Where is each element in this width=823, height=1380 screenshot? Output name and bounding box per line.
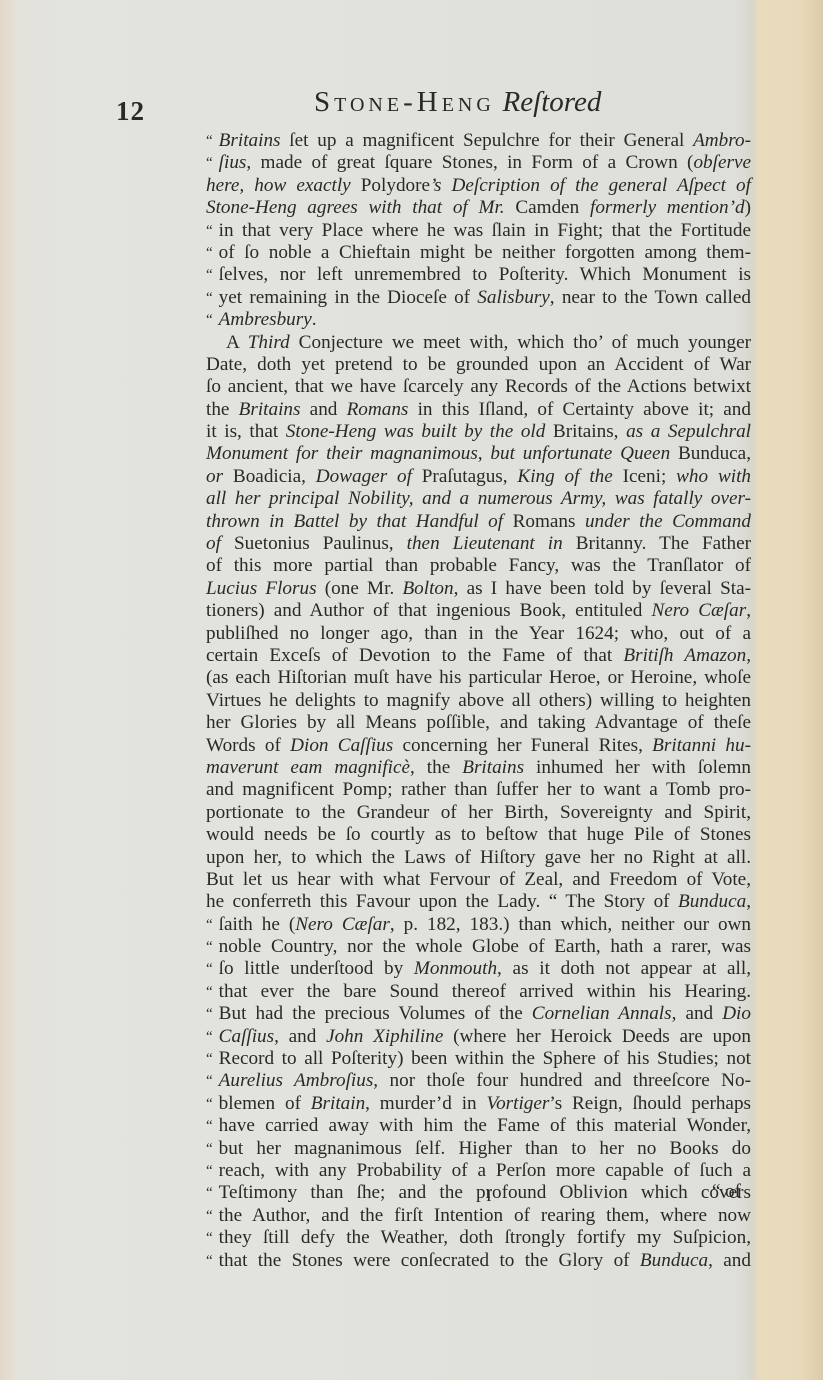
text-line: “Britains ſet up a magnificent Sepulchre…	[206, 130, 751, 152]
roman-text: Britanny. The Father	[576, 533, 751, 554]
italic-text: Cornelian Annals	[532, 1003, 672, 1024]
roman-text: Conjecture we meet with, which tho’ of m…	[290, 332, 751, 353]
italic-text: thrown in Battel by that Handful of	[206, 511, 513, 532]
text-line: “yet remaining in the Dioceſe of Salisbu…	[206, 287, 751, 309]
roman-text: he conferreth this Favour upon the Lady.…	[206, 891, 678, 912]
quote-mark: “	[206, 133, 213, 149]
roman-text: concerning her Funeral Rites,	[393, 735, 652, 756]
text-line: “noble Country, nor the whole Globe of E…	[206, 936, 751, 958]
text-line: “reach, with any Probability of a Perſon…	[206, 1160, 751, 1182]
roman-text: Polydore	[361, 175, 430, 196]
text-line: upon her, to which the Laws of Hiſtory g…	[206, 847, 751, 869]
italic-text: Stone-Heng agrees with that of Mr.	[206, 197, 515, 218]
text-line: the Britains and Romans in this Iſland, …	[206, 399, 751, 421]
roman-text: noble Country, nor the whole Globe of Ea…	[219, 936, 751, 957]
roman-text: Britains,	[553, 421, 626, 442]
roman-text: Date, doth yet pretend to be grounded up…	[206, 354, 751, 375]
roman-text: it is, that	[206, 421, 286, 442]
quote-mark: “	[206, 1230, 213, 1246]
roman-text: inhumed her with ſolemn	[524, 757, 751, 778]
roman-text: , as I have been told by ſeveral Sta-	[454, 578, 751, 599]
text-line: Stone-Heng agrees with that of Mr. Camde…	[206, 197, 751, 219]
roman-text: the	[206, 399, 239, 420]
text-line: her Glories by all Means poſſible, and t…	[206, 712, 751, 734]
roman-text: reach, with any Probability of a Perſon …	[219, 1160, 751, 1181]
text-line: “Record to all Poſterity) been within th…	[206, 1048, 751, 1070]
quote-mark: “	[206, 1185, 213, 1201]
text-line: certain Exceſs of Devotion to the Fame o…	[206, 645, 751, 667]
quote-mark: “	[206, 1006, 213, 1022]
roman-text: (where her Heroick Deeds are upon	[443, 1026, 751, 1047]
roman-text: , the	[410, 757, 462, 778]
italic-text: obſerve	[693, 152, 751, 173]
italic-text: Nero Cæſar	[295, 914, 390, 935]
text-line: A Third Conjecture we meet with, which t…	[206, 332, 751, 354]
quote-mark: “	[206, 1096, 213, 1112]
roman-text: upon her, to which the Laws of Hiſtory g…	[206, 847, 751, 868]
roman-text: ſo ancient, that we have ſcarcely any Re…	[206, 376, 751, 397]
roman-text: , near to the Town called	[550, 287, 751, 308]
roman-text: of this more partial than probable Fancy…	[206, 555, 751, 576]
text-line: “the Author, and the firſt Intention of …	[206, 1205, 751, 1227]
italic-text: Britiſh Amazon	[623, 645, 746, 666]
text-line: portionate to the Grandeur of her Birth,…	[206, 802, 751, 824]
roman-text: the Author, and the firſt Intention of r…	[219, 1205, 751, 1226]
roman-text: Suetonius Paulinus,	[234, 533, 407, 554]
roman-text: )	[745, 197, 751, 218]
italic-text: Bolton	[402, 578, 453, 599]
body-text: “Britains ſet up a magnificent Sepulchre…	[206, 130, 751, 1272]
quote-mark: “	[206, 917, 213, 933]
italic-text: Bunduca	[678, 891, 746, 912]
italic-text: or	[206, 466, 233, 487]
italic-text: Caſſius	[219, 1026, 274, 1047]
quote-mark: “	[206, 961, 213, 977]
italic-text: Britains	[462, 757, 524, 778]
roman-text: , nor thoſe four hundred and threeſcore …	[373, 1070, 751, 1091]
text-line: of this more partial than probable Fancy…	[206, 555, 751, 577]
roman-text: ,	[746, 600, 751, 621]
italic-text: all her principal Nobility, and a numero…	[206, 488, 751, 509]
roman-text: Record to all Poſterity) been within the…	[219, 1048, 751, 1069]
text-line: “of ſo noble a Chieftain might be neithe…	[206, 242, 751, 264]
text-line: “ſelves, nor left unremembred to Poſteri…	[206, 264, 751, 286]
text-line: “Teſtimony than ſhe; and the profound Ob…	[206, 1182, 751, 1204]
text-line: “Caſſius, and John Xiphiline (where her …	[206, 1026, 751, 1048]
running-head: Stone-Heng Reſtored	[314, 86, 601, 119]
text-line: he conferreth this Favour upon the Lady.…	[206, 891, 751, 913]
text-line: “that ever the bare Sound thereof arrive…	[206, 981, 751, 1003]
text-line: “they ſtill defy the Weather, doth ſtron…	[206, 1227, 751, 1249]
text-line: “ſius, made of great ſquare Stones, in F…	[206, 152, 751, 174]
text-line: (as each Hiſtorian muſt have his particu…	[206, 667, 751, 689]
roman-text: (as each Hiſtorian muſt have his particu…	[206, 667, 751, 688]
text-line: would needs be ſo courtly as to beſtow t…	[206, 824, 751, 846]
text-line: all her principal Nobility, and a numero…	[206, 488, 751, 510]
text-line: Date, doth yet pretend to be grounded up…	[206, 354, 751, 376]
text-line: or Boadicia, Dowager of Praſutagus, King…	[206, 466, 751, 488]
roman-text: they ſtill defy the Weather, doth ſtrong…	[219, 1227, 751, 1248]
text-line: But let us hear with what Fervour of Zea…	[206, 869, 751, 891]
roman-text: Virtues he delights to magnify above all…	[206, 690, 751, 711]
text-line: “that the Stones were conſecrated to the…	[206, 1250, 751, 1272]
roman-text: but her magnanimous ſelf. Higher than to…	[219, 1138, 751, 1159]
text-line: “Aurelius Ambroſius, nor thoſe four hund…	[206, 1070, 751, 1092]
quote-mark: “	[206, 1073, 213, 1089]
roman-text: in this Iſland, of Certainty above it; a…	[408, 399, 751, 420]
italic-text: Nero Cæſar	[651, 600, 746, 621]
text-line: Virtues he delights to magnify above all…	[206, 690, 751, 712]
roman-text: that ever the bare Sound thereof arrived…	[219, 981, 751, 1002]
text-line: tioners) and Author of that ingenious Bo…	[206, 600, 751, 622]
roman-text: and magnificent Pomp; rather than ſuffer…	[206, 779, 751, 800]
italic-text: Ambresbury	[219, 309, 312, 330]
italic-text: Dowager of	[316, 466, 422, 487]
text-line: “have carried away with him the Fame of …	[206, 1115, 751, 1137]
italic-text: ſius	[219, 152, 247, 173]
text-line: thrown in Battel by that Handful of Roma…	[206, 511, 751, 533]
text-line: ſo ancient, that we have ſcarcely any Re…	[206, 376, 751, 398]
italic-text: Britain	[311, 1093, 365, 1114]
quote-mark: “	[206, 1253, 213, 1269]
roman-text: , and	[672, 1003, 723, 1024]
quote-mark: “	[206, 312, 213, 328]
running-head-italic: Reſtored	[503, 86, 602, 118]
text-line: it is, that Stone-Heng was built by the …	[206, 421, 751, 443]
quote-mark: “	[206, 267, 213, 283]
italic-text: maverunt eam magnificè	[206, 757, 410, 778]
roman-text: ſelves, nor left unremembred to Poſterit…	[219, 264, 751, 285]
roman-text: But let us hear with what Fervour of Zea…	[206, 869, 751, 890]
quote-mark: “	[206, 290, 213, 306]
roman-text: , murder’d in	[365, 1093, 486, 1114]
roman-text: , and	[274, 1026, 326, 1047]
italic-text: Ambro-	[693, 130, 751, 151]
italic-text: Stone-Heng was built by the old	[286, 421, 553, 442]
catchword: “ of	[712, 1181, 741, 1203]
quote-mark: “	[206, 1141, 213, 1157]
running-head-title: Stone-Heng	[314, 86, 495, 118]
roman-text: portionate to the Grandeur of her Birth,…	[206, 802, 751, 823]
quote-mark: “	[206, 939, 213, 955]
roman-text: blemen of	[219, 1093, 311, 1114]
text-line: and magnificent Pomp; rather than ſuffer…	[206, 779, 751, 801]
roman-text: Words of	[206, 735, 290, 756]
italic-text: Britains	[239, 399, 301, 420]
roman-text: ſo little underſtood by	[219, 958, 414, 979]
roman-text: A	[226, 332, 248, 353]
text-line: of Suetonius Paulinus, then Lieutenant i…	[206, 533, 751, 555]
roman-text: , and	[708, 1250, 751, 1271]
roman-text: ſet up a magnificent Sepulchre for their…	[281, 130, 694, 151]
italic-text: Bunduca	[640, 1250, 708, 1271]
text-line: “But had the precious Volumes of the Cor…	[206, 1003, 751, 1025]
roman-text: ,	[746, 645, 751, 666]
roman-text: would needs be ſo courtly as to beſtow t…	[206, 824, 751, 845]
text-line: Lucius Florus (one Mr. Bolton, as I have…	[206, 578, 751, 600]
quote-mark: “	[206, 984, 213, 1000]
roman-text: Romans	[513, 511, 585, 532]
text-line: “Ambresbury.	[206, 309, 751, 331]
quote-mark: “	[206, 1118, 213, 1134]
roman-text: , p. 182, 183.) than which, neither our …	[390, 914, 751, 935]
quote-mark: “	[206, 1051, 213, 1067]
italic-text: Lucius Florus	[206, 578, 317, 599]
roman-text: her Glories by all Means poſſible, and t…	[206, 712, 751, 733]
roman-text: , made of great ſquare Stones, in Form o…	[246, 152, 693, 173]
italic-text: Dion Caſſius	[290, 735, 393, 756]
roman-text: Teſtimony than ſhe; and the profound Obl…	[219, 1182, 751, 1203]
roman-text: ’s Reign, ſhould perhaps	[549, 1093, 751, 1114]
italic-text: who with	[676, 466, 751, 487]
italic-text: Britanni hu-	[652, 735, 751, 756]
roman-text: that the Stones were conſecrated to the …	[219, 1250, 640, 1271]
italic-text: Third	[248, 332, 290, 353]
roman-text: yet remaining in the Dioceſe of	[219, 287, 478, 308]
italic-text: then Lieutenant in	[407, 533, 576, 554]
roman-text: tioners) and Author of that ingenious Bo…	[206, 600, 651, 621]
italic-text: Salisbury	[477, 287, 550, 308]
roman-text: (one Mr.	[317, 578, 403, 599]
roman-text: Iceni;	[623, 466, 677, 487]
roman-text: in that very Place where he was ſlain in…	[219, 220, 751, 241]
text-line: “but her magnanimous ſelf. Higher than t…	[206, 1138, 751, 1160]
text-line: Words of Dion Caſſius concerning her Fun…	[206, 735, 751, 757]
italic-text: King of the	[517, 466, 622, 487]
quote-mark: “	[206, 245, 213, 261]
italic-text: Britains	[219, 130, 281, 151]
text-line: “blemen of Britain, murder’d in Vortiger…	[206, 1093, 751, 1115]
text-line: maverunt eam magnificè, the Britains inh…	[206, 757, 751, 779]
roman-text: , as it doth not appear at all,	[497, 958, 751, 979]
italic-text: under the Command	[585, 511, 751, 532]
quote-mark: “	[206, 1029, 213, 1045]
italic-text: as a Sepulchral	[626, 421, 751, 442]
italic-text: Monmouth	[414, 958, 497, 979]
text-line: publiſhed no longer ago, than in the Yea…	[206, 623, 751, 645]
text-line: “in that very Place where he was ſlain i…	[206, 220, 751, 242]
quote-mark: “	[206, 155, 213, 171]
roman-text: Praſutagus,	[422, 466, 518, 487]
text-line: “ſo little underſtood by Monmouth, as it…	[206, 958, 751, 980]
roman-text: But had the precious Volumes of the	[219, 1003, 532, 1024]
roman-text: have carried away with him the Fame of t…	[219, 1115, 751, 1136]
italic-text: Aurelius Ambroſius	[219, 1070, 374, 1091]
quote-mark: “	[206, 1163, 213, 1179]
text-line: Monument for their magnanimous, but unfo…	[206, 443, 751, 465]
roman-text: Boadicia,	[233, 466, 316, 487]
italic-text: of	[206, 533, 234, 554]
italic-text: formerly mention’d	[590, 197, 745, 218]
italic-text: ’s Deſcription of the general Aſpect of	[430, 175, 751, 196]
italic-text: Monument for their magnanimous, but unfo…	[206, 443, 678, 464]
italic-text: Vortiger	[486, 1093, 549, 1114]
quote-mark: “	[206, 223, 213, 239]
italic-text: Dio	[722, 1003, 751, 1024]
roman-text: ,	[746, 891, 751, 912]
roman-text: of ſo noble a Chieftain might be neither…	[219, 242, 751, 263]
roman-text: ſaith he (	[219, 914, 296, 935]
italic-text: John Xiphiline	[326, 1026, 443, 1047]
roman-text: and	[300, 399, 346, 420]
roman-text: Bunduca,	[678, 443, 751, 464]
quote-mark: “	[206, 1208, 213, 1224]
italic-text: Romans	[347, 399, 409, 420]
roman-text: .	[312, 309, 317, 330]
text-line: here, how exactly Polydore’s Deſcription…	[206, 175, 751, 197]
italic-text: here, how exactly	[206, 175, 361, 196]
roman-text: certain Exceſs of Devotion to the Fame o…	[206, 645, 623, 666]
roman-text: Camden	[515, 197, 590, 218]
roman-text: publiſhed no longer ago, than in the Yea…	[206, 623, 751, 644]
text-line: “ſaith he (Nero Cæſar, p. 182, 183.) tha…	[206, 914, 751, 936]
signature-mark: I	[486, 1186, 492, 1206]
page-number: 12	[116, 96, 145, 127]
